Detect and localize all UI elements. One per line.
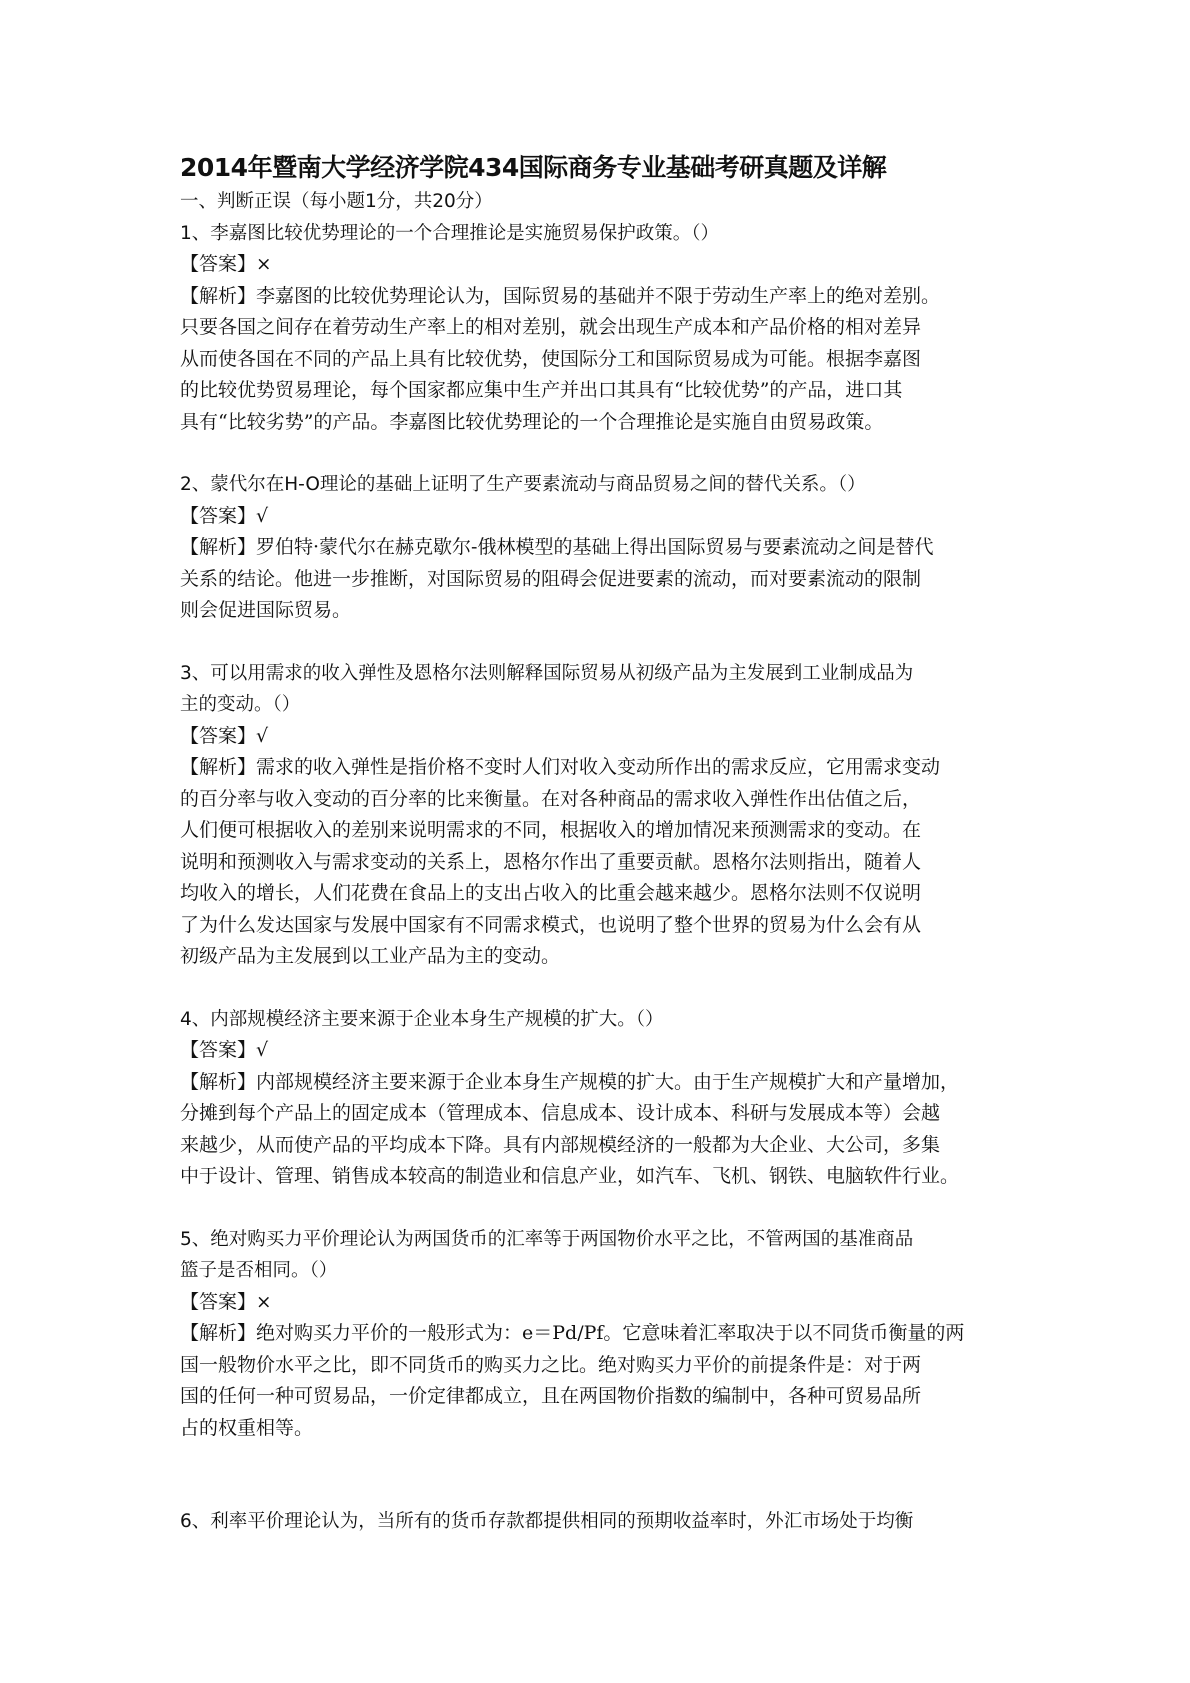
answer-label: 【答案】	[180, 1039, 256, 1061]
analysis-line: 从而使各国在不同的产品上具有比较优势，使国际分工和国际贸易成为可能。根据李嘉图	[180, 344, 1020, 376]
spacer	[180, 627, 1020, 658]
answer-label: 【答案】	[180, 253, 256, 275]
analysis-line: 则会促进国际贸易。	[180, 595, 1020, 627]
question-text: 1、李嘉图比较优势理论的一个合理推论是实施贸易保护政策。（）	[180, 218, 1020, 250]
analysis-line: 【解析】绝对购买力平价的一般形式为：e＝Pd/Pf。它意味着汇率取决于以不同货币…	[180, 1318, 1020, 1350]
analysis-line: 人们便可根据收入的差别来说明需求的不同，根据收入的增加情况来预测需求的变动。在	[180, 815, 1020, 847]
analysis-line: 初级产品为主发展到以工业产品为主的变动。	[180, 941, 1020, 973]
analysis-label: 【解析】	[180, 1322, 256, 1344]
question-text: 2、蒙代尔在H-O理论的基础上证明了生产要素流动与商品贸易之间的替代关系。（）	[180, 469, 1020, 501]
analysis-line: 只要各国之间存在着劳动生产率上的相对差别，就会出现生产成本和产品价格的相对差异	[180, 312, 1020, 344]
question-2: 2、蒙代尔在H-O理论的基础上证明了生产要素流动与商品贸易之间的替代关系。（） …	[180, 469, 1020, 627]
question-text: 6、利率平价理论认为，当所有的货币存款都提供相同的预期收益率时，外汇市场处于均衡	[180, 1506, 1020, 1538]
spacer	[180, 438, 1020, 469]
document-page: 2014年暨南大学经济学院434国际商务专业基础考研真题及详解 一、判断正误（每…	[180, 150, 1020, 1538]
question-text: 4、内部规模经济主要来源于企业本身生产规模的扩大。（）	[180, 1004, 1020, 1036]
analysis-line: 国一般物价水平之比，即不同货币的购买力之比。绝对购买力平价的前提条件是：对于两	[180, 1350, 1020, 1382]
answer-row: 【答案】×	[180, 249, 1020, 281]
analysis-line: 【解析】罗伯特·蒙代尔在赫克歇尔-俄林模型的基础上得出国际贸易与要素流动之间是替…	[180, 532, 1020, 564]
analysis-label: 【解析】	[180, 285, 256, 307]
spacer	[180, 973, 1020, 1004]
answer-row: 【答案】×	[180, 1287, 1020, 1319]
analysis-line: 关系的结论。他进一步推断，对国际贸易的阻碍会促进要素的流动，而对要素流动的限制	[180, 564, 1020, 596]
analysis-text: 绝对购买力平价的一般形式为：e＝Pd/Pf。它意味着汇率取决于以不同货币衡量的两	[256, 1322, 964, 1344]
question-4: 4、内部规模经济主要来源于企业本身生产规模的扩大。（） 【答案】√ 【解析】内部…	[180, 1004, 1020, 1193]
analysis-text: 李嘉图的比较优势理论认为，国际贸易的基础并不限于劳动生产率上的绝对差别。	[256, 285, 940, 307]
analysis-line: 【解析】需求的收入弹性是指价格不变时人们对收入变动所作出的需求反应，它用需求变动	[180, 752, 1020, 784]
answer-value: ×	[256, 254, 272, 275]
answer-label: 【答案】	[180, 505, 256, 527]
analysis-label: 【解析】	[180, 756, 256, 778]
analysis-line: 说明和预测收入与需求变动的关系上，恩格尔作出了重要贡献。恩格尔法则指出，随着人	[180, 847, 1020, 879]
answer-value: ×	[256, 1292, 272, 1313]
answer-value: √	[256, 505, 268, 527]
answer-row: 【答案】√	[180, 501, 1020, 533]
analysis-line: 了为什么发达国家与发展中国家有不同需求模式，也说明了整个世界的贸易为什么会有从	[180, 910, 1020, 942]
analysis-line: 均收入的增长，人们花费在食品上的支出占收入的比重会越来越少。恩格尔法则不仅说明	[180, 878, 1020, 910]
answer-row: 【答案】√	[180, 1035, 1020, 1067]
question-text: 篮子是否相同。（）	[180, 1255, 1020, 1287]
analysis-line: 中于设计、管理、销售成本较高的制造业和信息产业，如汽车、飞机、钢铁、电脑软件行业…	[180, 1161, 1020, 1193]
answer-label: 【答案】	[180, 1291, 256, 1313]
answer-label: 【答案】	[180, 725, 256, 747]
question-text: 3、可以用需求的收入弹性及恩格尔法则解释国际贸易从初级产品为主发展到工业制成品为	[180, 658, 1020, 690]
analysis-line: 占的权重相等。	[180, 1413, 1020, 1445]
question-text: 主的变动。（）	[180, 689, 1020, 721]
spacer	[180, 1193, 1020, 1224]
question-6: 6、利率平价理论认为，当所有的货币存款都提供相同的预期收益率时，外汇市场处于均衡	[180, 1506, 1020, 1538]
analysis-line: 的比较优势贸易理论，每个国家都应集中生产并出口其具有“比较优势”的产品，进口其	[180, 375, 1020, 407]
analysis-label: 【解析】	[180, 1071, 256, 1093]
answer-value: √	[256, 1039, 268, 1061]
question-5: 5、绝对购买力平价理论认为两国货币的汇率等于两国物价水平之比，不管两国的基准商品…	[180, 1224, 1020, 1445]
section-heading: 一、判断正误（每小题1分，共20分）	[180, 186, 1020, 218]
question-3: 3、可以用需求的收入弹性及恩格尔法则解释国际贸易从初级产品为主发展到工业制成品为…	[180, 658, 1020, 973]
analysis-line: 国的任何一种可贸易品，一价定律都成立，且在两国物价指数的编制中，各种可贸易品所	[180, 1381, 1020, 1413]
analysis-line: 的百分率与收入变动的百分率的比来衡量。在对各种商品的需求收入弹性作出估值之后，	[180, 784, 1020, 816]
analysis-line: 具有“比较劣势”的产品。李嘉图比较优势理论的一个合理推论是实施自由贸易政策。	[180, 407, 1020, 439]
analysis-line: 分摊到每个产品上的固定成本（管理成本、信息成本、设计成本、科研与发展成本等）会越	[180, 1098, 1020, 1130]
analysis-text: 内部规模经济主要来源于企业本身生产规模的扩大。由于生产规模扩大和产量增加，	[256, 1071, 959, 1093]
analysis-text: 罗伯特·蒙代尔在赫克歇尔-俄林模型的基础上得出国际贸易与要素流动之间是替代	[256, 536, 933, 558]
question-text: 5、绝对购买力平价理论认为两国货币的汇率等于两国物价水平之比，不管两国的基准商品	[180, 1224, 1020, 1256]
analysis-text: 需求的收入弹性是指价格不变时人们对收入变动所作出的需求反应，它用需求变动	[256, 756, 940, 778]
question-1: 1、李嘉图比较优势理论的一个合理推论是实施贸易保护政策。（） 【答案】× 【解析…	[180, 218, 1020, 439]
analysis-line: 来越少，从而使产品的平均成本下降。具有内部规模经济的一般都为大企业、大公司，多集	[180, 1130, 1020, 1162]
document-title: 2014年暨南大学经济学院434国际商务专业基础考研真题及详解	[180, 150, 1020, 186]
answer-value: √	[256, 725, 268, 747]
spacer	[180, 1444, 1020, 1506]
answer-row: 【答案】√	[180, 721, 1020, 753]
analysis-line: 【解析】内部规模经济主要来源于企业本身生产规模的扩大。由于生产规模扩大和产量增加…	[180, 1067, 1020, 1099]
analysis-line: 【解析】李嘉图的比较优势理论认为，国际贸易的基础并不限于劳动生产率上的绝对差别。	[180, 281, 1020, 313]
analysis-label: 【解析】	[180, 536, 256, 558]
